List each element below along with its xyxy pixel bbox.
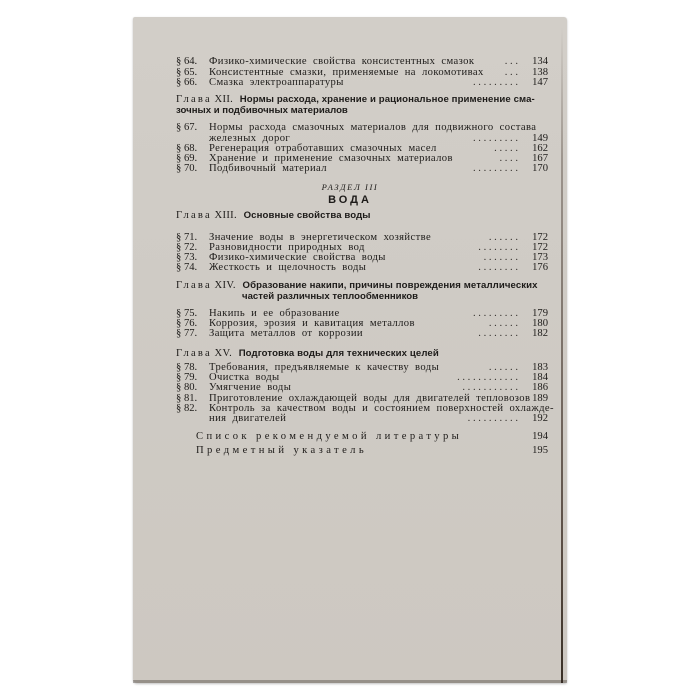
entry-title: Жесткость и щелочность воды [209, 262, 366, 273]
page-number: 147 [522, 77, 548, 88]
chapter-title: Основные свойства воды [244, 210, 371, 221]
section-number: § 66. [176, 77, 209, 88]
section-number: § 80. [176, 382, 209, 393]
leader-dots: . . . . . . . . . . . [462, 382, 518, 393]
chapter-label: Глава [176, 94, 212, 105]
toc-back-matter-index: Предметный указатель 195 [196, 445, 548, 457]
page-number: 186 [522, 382, 548, 393]
entry-title: Список рекомендуемой литературы [196, 431, 462, 442]
chapter-number: XII. [215, 94, 234, 105]
entry-title: Защита металлов от коррозии [209, 328, 363, 339]
chapter-number: XV. [215, 348, 232, 359]
entry-title: Нормы расхода смазочных материалов для п… [209, 122, 536, 133]
page-number: 182 [522, 328, 548, 339]
toc-entry: § 64.Физико-химические свойства консисте… [176, 56, 548, 67]
section-number: § 82. [176, 403, 209, 414]
chapter-title-continuation: частей различных теплообменников [242, 291, 418, 302]
entry-title: Умягчение воды [209, 382, 291, 393]
page-number: 192 [522, 413, 548, 424]
toc-entry-continuation: ния двигателей . . . . . . . . . . 192 [209, 413, 548, 424]
section-number: § 64. [176, 56, 209, 67]
toc-back-matter-bibliography: Список рекомендуемой литературы 194 [196, 431, 548, 443]
page-number: 170 [522, 163, 548, 174]
entry-title: Подбивочный материал [209, 163, 327, 174]
chapter-title: Нормы расхода, хранение и рациональное п… [240, 94, 535, 105]
chapter-label: Глава [176, 210, 212, 221]
chapter-title-continuation: зочных и подбивочных материалов [176, 105, 348, 116]
toc-entry: § 70.Подбивочный материал . . . . . . . … [176, 163, 548, 174]
leader-dots: . . . [505, 56, 518, 67]
chapter-heading-xv: Глава XV. Подготовка воды для технически… [176, 348, 548, 359]
chapter-heading-xiv: Глава XIV. Образование накипи, причины п… [176, 280, 548, 291]
chapter-number: XIII. [215, 210, 237, 221]
chapter-title: Образование накипи, причины повреждения … [243, 280, 538, 291]
chapter-heading-xiii: Глава XIII. Основные свойства воды [176, 210, 548, 221]
section-number: § 67. [176, 122, 209, 133]
chapter-label: Глава [176, 348, 212, 359]
toc-entry: § 67.Нормы расхода смазочных материалов … [176, 122, 548, 133]
leader-dots: . . . . . . . . . [473, 163, 518, 174]
entry-title: Смазка электроаппаратуры [209, 77, 344, 88]
toc-entry: § 66.Смазка электроаппаратуры . . . . . … [176, 77, 548, 88]
chapter-heading-xii: Глава XII. Нормы расхода, хранение и рац… [176, 94, 548, 105]
entry-title-continuation: ния двигателей [209, 413, 286, 424]
entry-title: Физико-химические свойства консистентных… [209, 56, 474, 67]
chapter-label: Глава [176, 280, 212, 291]
toc-entry: § 77.Защита металлов от коррозии . . . .… [176, 328, 548, 339]
section-number: § 70. [176, 163, 209, 174]
part-title: ВОДА [133, 194, 567, 206]
chapter-title: Подготовка воды для технических целей [239, 348, 439, 359]
page-number: 195 [532, 445, 548, 457]
leader-dots: . . . . . . . . . [473, 77, 518, 88]
leader-dots: . . . . . . . . . . [468, 413, 518, 424]
page-number: 176 [522, 262, 548, 273]
section-number: § 77. [176, 328, 209, 339]
section-number: § 74. [176, 262, 209, 273]
leader-dots: . . . . . . . . [478, 328, 518, 339]
part-label: РАЗДЕЛ III [133, 182, 567, 192]
chapter-number: XIV. [215, 280, 236, 291]
toc-entry: § 80.Умягчение воды . . . . . . . . . . … [176, 382, 548, 393]
toc-entry: § 74.Жесткость и щелочность воды . . . .… [176, 262, 548, 273]
leader-dots: . . . . . . . . [478, 262, 518, 273]
page-number: 134 [522, 56, 548, 67]
page-number: 194 [532, 431, 548, 443]
entry-title: Предметный указатель [196, 445, 367, 456]
